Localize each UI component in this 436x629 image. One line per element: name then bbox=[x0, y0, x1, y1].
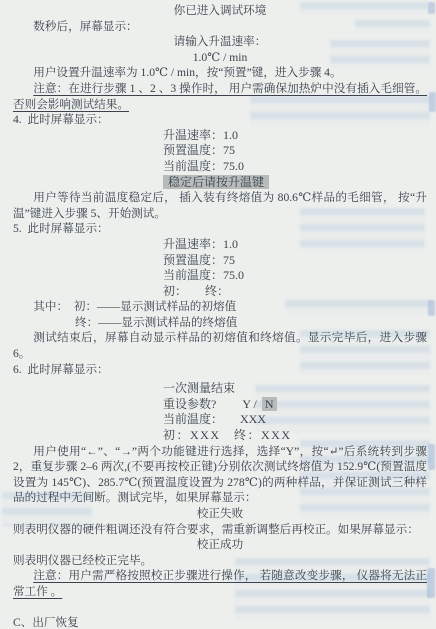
scanned-manual-page: 你已进入调试环境 数秒后，屏幕显示： 请输入升温速率： 1.0℃ / min 用… bbox=[0, 0, 436, 629]
current-temp-value: XXX bbox=[240, 412, 266, 426]
screen-line-rate: 升温速率：1.0 bbox=[163, 128, 427, 144]
section-c-heading: C、出厂恢复 bbox=[13, 615, 427, 629]
reset-params-label: 重设参数? bbox=[163, 397, 216, 411]
screen-line-preset: 预置温度：75 bbox=[163, 253, 427, 269]
screen-line-current: 当前温度：75.0 bbox=[163, 268, 427, 284]
screen-line-stable-prompt: 稳定后请按升温键 bbox=[163, 175, 427, 191]
highlighted-screen-prompt: 稳定后请按升温键 bbox=[163, 175, 269, 189]
debug-env-banner: 你已进入调试环境 bbox=[13, 3, 427, 19]
screen-line-measure-end: 一次测量结束 bbox=[163, 381, 427, 397]
intro-note: 注意：在进行步骤 1 、2 、3 操作时， 用户需确保加热炉中没有插入毛细管。 … bbox=[13, 81, 427, 112]
calibration-failed-paragraph: 则表明仪器的硬件粗调还没有符合要求，需重新调整后再校正。如果屏幕显示： bbox=[13, 522, 427, 538]
screen-line-initial-final-values: 初：XXX 终：XXX bbox=[163, 428, 427, 444]
calibration-success-message: 校正成功 bbox=[13, 537, 427, 553]
step4-heading: 4. 此时屏幕显示： bbox=[13, 112, 427, 128]
screen-prompt-value: 1.0℃ / min bbox=[13, 50, 427, 66]
step5-paragraph: 测试结束后，屏幕自动显示样品的初熔值和终熔值。显示完毕后，进入步骤 6。 bbox=[13, 330, 427, 361]
selected-option-n: N bbox=[262, 397, 277, 411]
screen-line-reset-params: 重设参数?Y /N bbox=[163, 397, 427, 413]
current-temp-label: 当前温度： bbox=[163, 412, 223, 426]
reset-option-y: Y / bbox=[242, 397, 257, 411]
calibration-success-paragraph: 则表明仪器已经校正完毕。 bbox=[13, 553, 427, 569]
screen-prompt-label: 请输入升温速率： bbox=[13, 34, 427, 50]
screen-line-preset: 预置温度：75 bbox=[163, 143, 427, 159]
after-seconds-line: 数秒后，屏幕显示： bbox=[13, 19, 427, 35]
screen-line-current-temp: 当前温度：XXX bbox=[163, 412, 427, 428]
step6-paragraph: 用户使用“←”、“→”两个功能键进行选择，选择“Y”，按“↵”后系统转到步骤 2… bbox=[13, 444, 427, 506]
step5-heading: 5. 此时屏幕显示： bbox=[13, 221, 427, 237]
screen-line-initial-final: 初： 终： bbox=[163, 284, 427, 300]
intro-paragraph: 用户设置升温速率为 1.0℃ / min，按“预置”键，进入步骤 4。 bbox=[13, 65, 427, 81]
step4-paragraph: 用户等待当前温度稳定后， 插入装有终熔值为 80.6℃样品的毛细管， 按“升温”… bbox=[13, 190, 427, 221]
calibration-failed-message: 校正失败 bbox=[13, 506, 427, 522]
manual-text-body: 你已进入调试环境 数秒后，屏幕显示： 请输入升温速率： 1.0℃ / min 用… bbox=[0, 0, 436, 629]
legend-final-line: 终：——显示测试样品的终熔值 bbox=[75, 315, 427, 331]
legend-initial-line: 其中： 初：——显示测试样品的初熔值 bbox=[13, 299, 427, 315]
screen-line-current: 当前温度：75.0 bbox=[163, 159, 427, 175]
calibration-note: 注意：用户需严格按照校正步骤进行操作， 若随意改变步骤， 仪器将无法正常工作 。 bbox=[13, 568, 427, 599]
screen-line-rate: 升温速率：1.0 bbox=[163, 237, 427, 253]
step6-heading: 6. 此时屏幕显示： bbox=[13, 362, 427, 378]
